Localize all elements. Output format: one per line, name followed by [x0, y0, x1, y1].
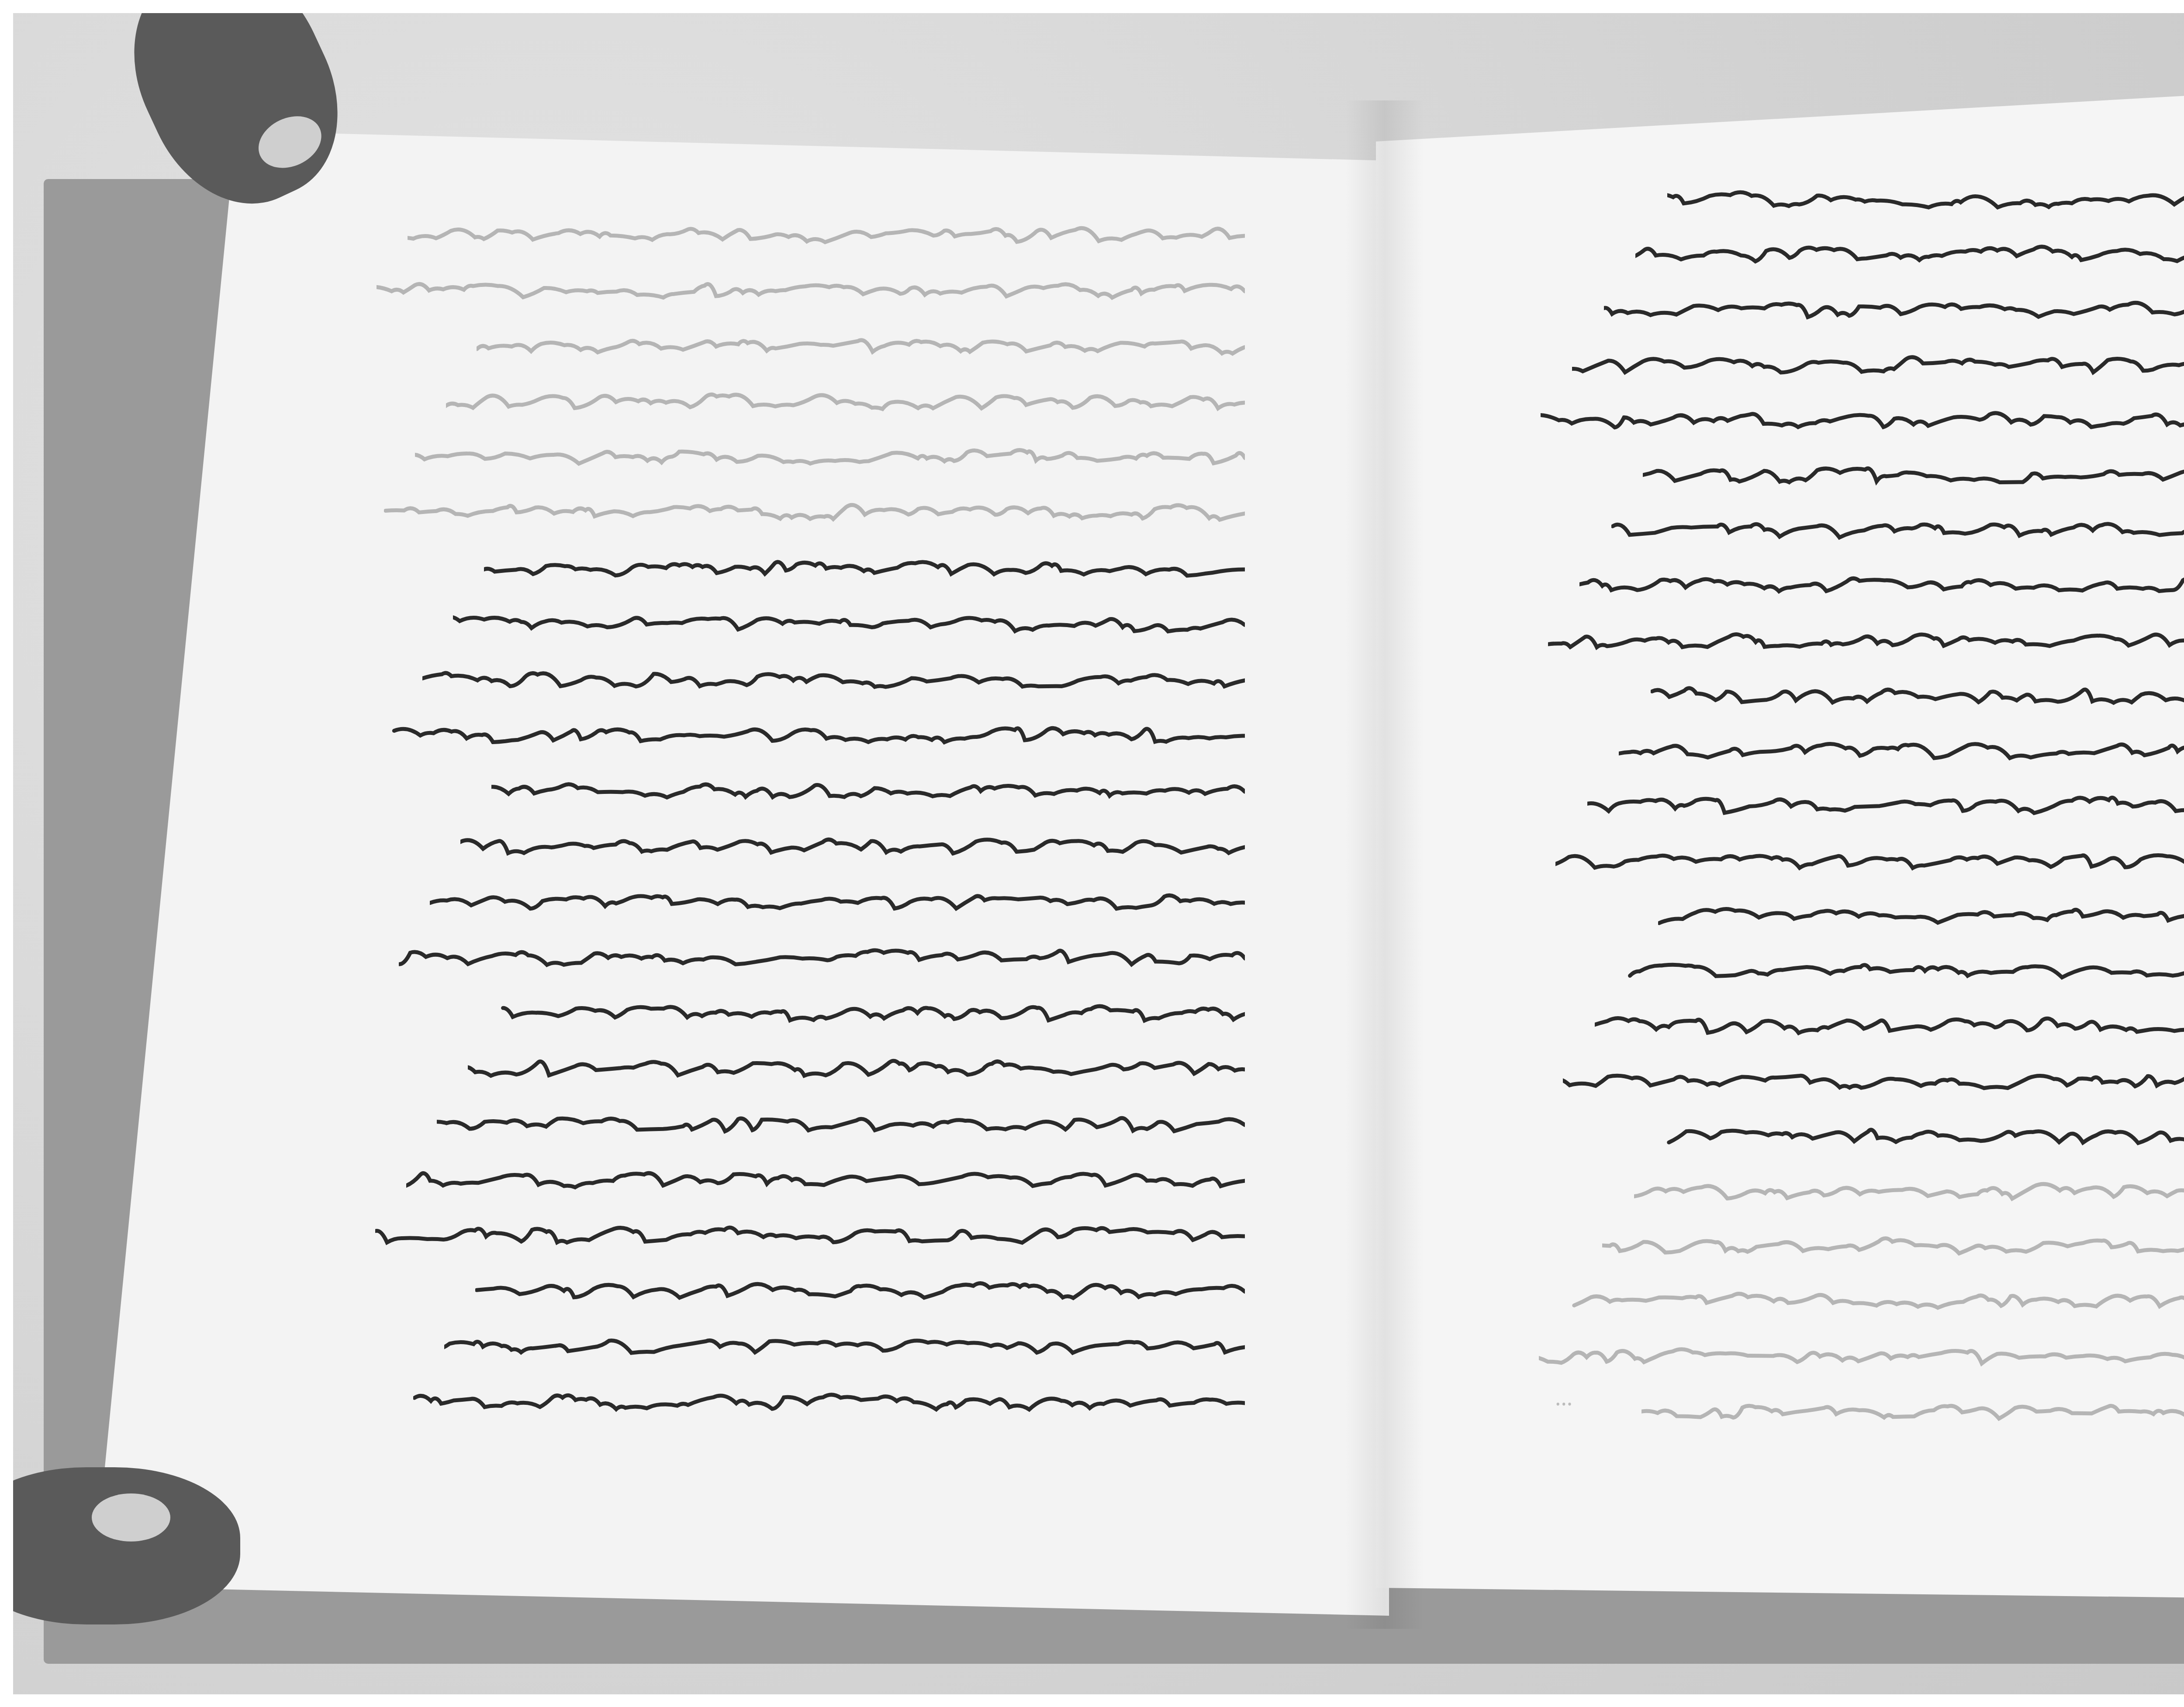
manuscript-line: [1666, 1119, 2184, 1150]
manuscript-line: [1667, 183, 2184, 214]
manuscript-line: [1634, 1175, 2184, 1205]
manuscript-line: [1579, 569, 2184, 600]
manuscript-line: [437, 1107, 1245, 1138]
manuscript-line: [1563, 1064, 2184, 1095]
left-page-text: [371, 218, 1245, 1441]
manuscript-line: [377, 274, 1245, 304]
manuscript-line: [1541, 403, 2184, 434]
manuscript-line: [391, 718, 1245, 749]
hand-bottom-left: [13, 1467, 240, 1624]
thumbnail: [250, 107, 330, 178]
manuscript-line: [1548, 624, 2184, 655]
manuscript-line: [1604, 293, 2184, 324]
manuscript-line: [1619, 734, 2184, 765]
manuscript-line: [444, 1330, 1245, 1360]
manuscript-line: [477, 330, 1245, 360]
manuscript-line: [491, 774, 1245, 805]
photo-frame: ⸱⸱⸱: [13, 13, 2184, 1694]
manuscript-line: [1651, 679, 2184, 710]
manuscript-line: [406, 1163, 1245, 1194]
manuscript-line: [1587, 789, 2184, 820]
manuscript-line: [499, 997, 1245, 1027]
thumbnail: [92, 1493, 170, 1541]
manuscript-line: [1595, 1009, 2184, 1040]
manuscript-line: [484, 552, 1245, 583]
manuscript-line: [1611, 514, 2184, 545]
right-page-text: [1533, 183, 2184, 1450]
manuscript-line: [399, 941, 1245, 972]
book-gutter: [1345, 100, 1424, 1629]
manuscript-line: [453, 607, 1245, 638]
manuscript-line: [468, 1052, 1245, 1083]
manuscript-line: [1643, 459, 2184, 489]
manuscript-line: [1635, 238, 2184, 269]
manuscript-line: [1641, 1395, 2184, 1425]
manuscript-line: [1602, 1230, 2184, 1260]
manuscript-line: [413, 1386, 1245, 1416]
manuscript-line: [422, 663, 1245, 693]
manuscript-line: [475, 1274, 1245, 1305]
manuscript-line: [1572, 348, 2184, 379]
manuscript-line: [384, 496, 1245, 527]
manuscript-line: [375, 1219, 1245, 1249]
manuscript-line: [1658, 899, 2184, 930]
catchword: ⸱⸱⸱: [1555, 1389, 1572, 1418]
manuscript-line: [430, 885, 1245, 916]
manuscript-line: [1539, 1340, 2184, 1370]
manuscript-line: [1571, 1285, 2184, 1315]
manuscript-line: [408, 218, 1245, 249]
manuscript-line: [1555, 844, 2184, 875]
manuscript-line: [415, 441, 1245, 471]
manuscript-line: [460, 830, 1245, 860]
manuscript-line: [1626, 954, 2184, 985]
manuscript-line: [446, 385, 1245, 416]
